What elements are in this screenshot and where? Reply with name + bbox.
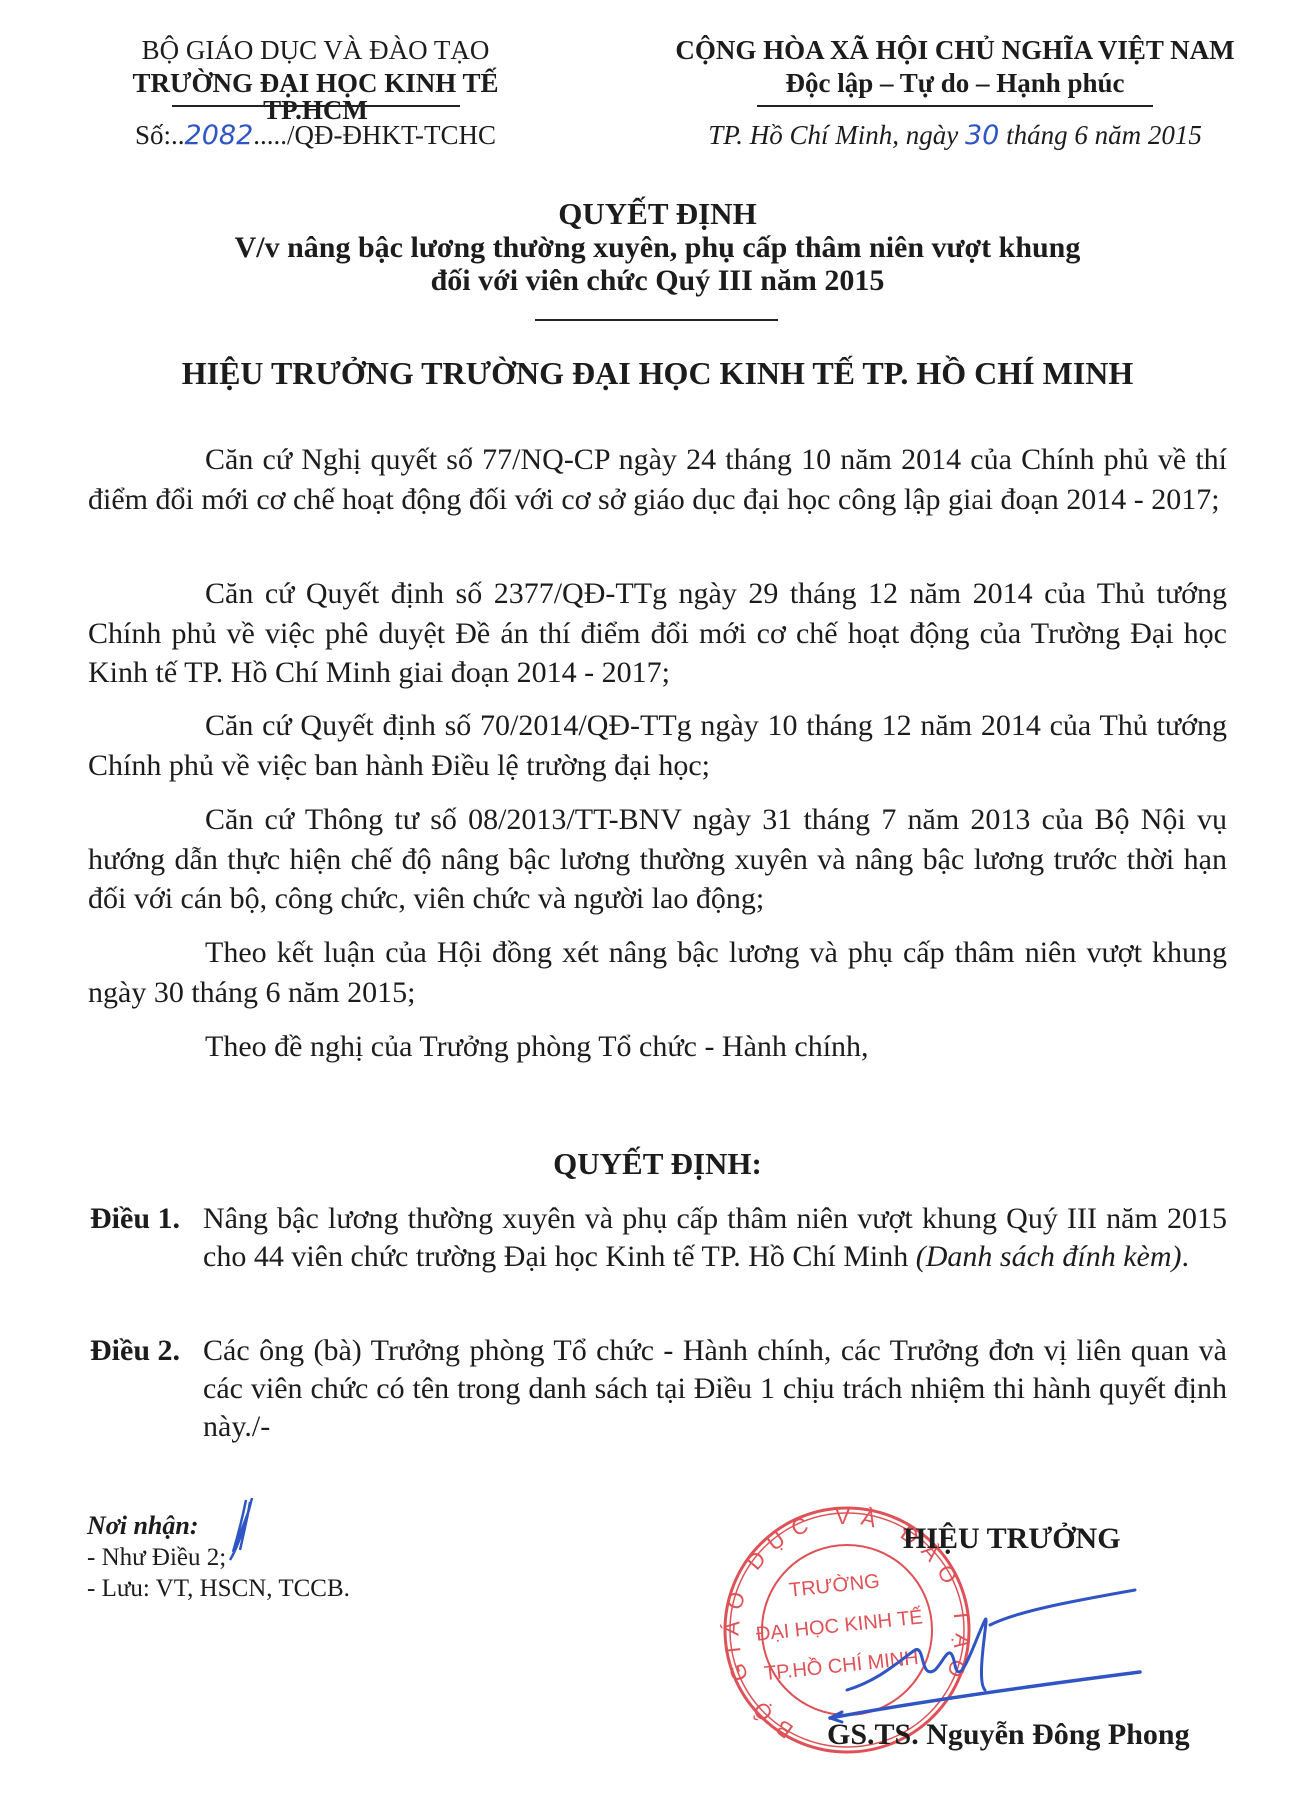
initials-mark — [230, 1498, 252, 1560]
svg-text:ĐẠI HỌC KINH TẾ: ĐẠI HỌC KINH TẾ — [755, 1605, 924, 1645]
svg-text:TRƯỜNG: TRƯỜNG — [788, 1569, 881, 1601]
signatory-position: HIỆU TRƯỞNG — [903, 1522, 1121, 1556]
signatory-name: GS.TS. Nguyễn Đông Phong — [827, 1718, 1190, 1752]
